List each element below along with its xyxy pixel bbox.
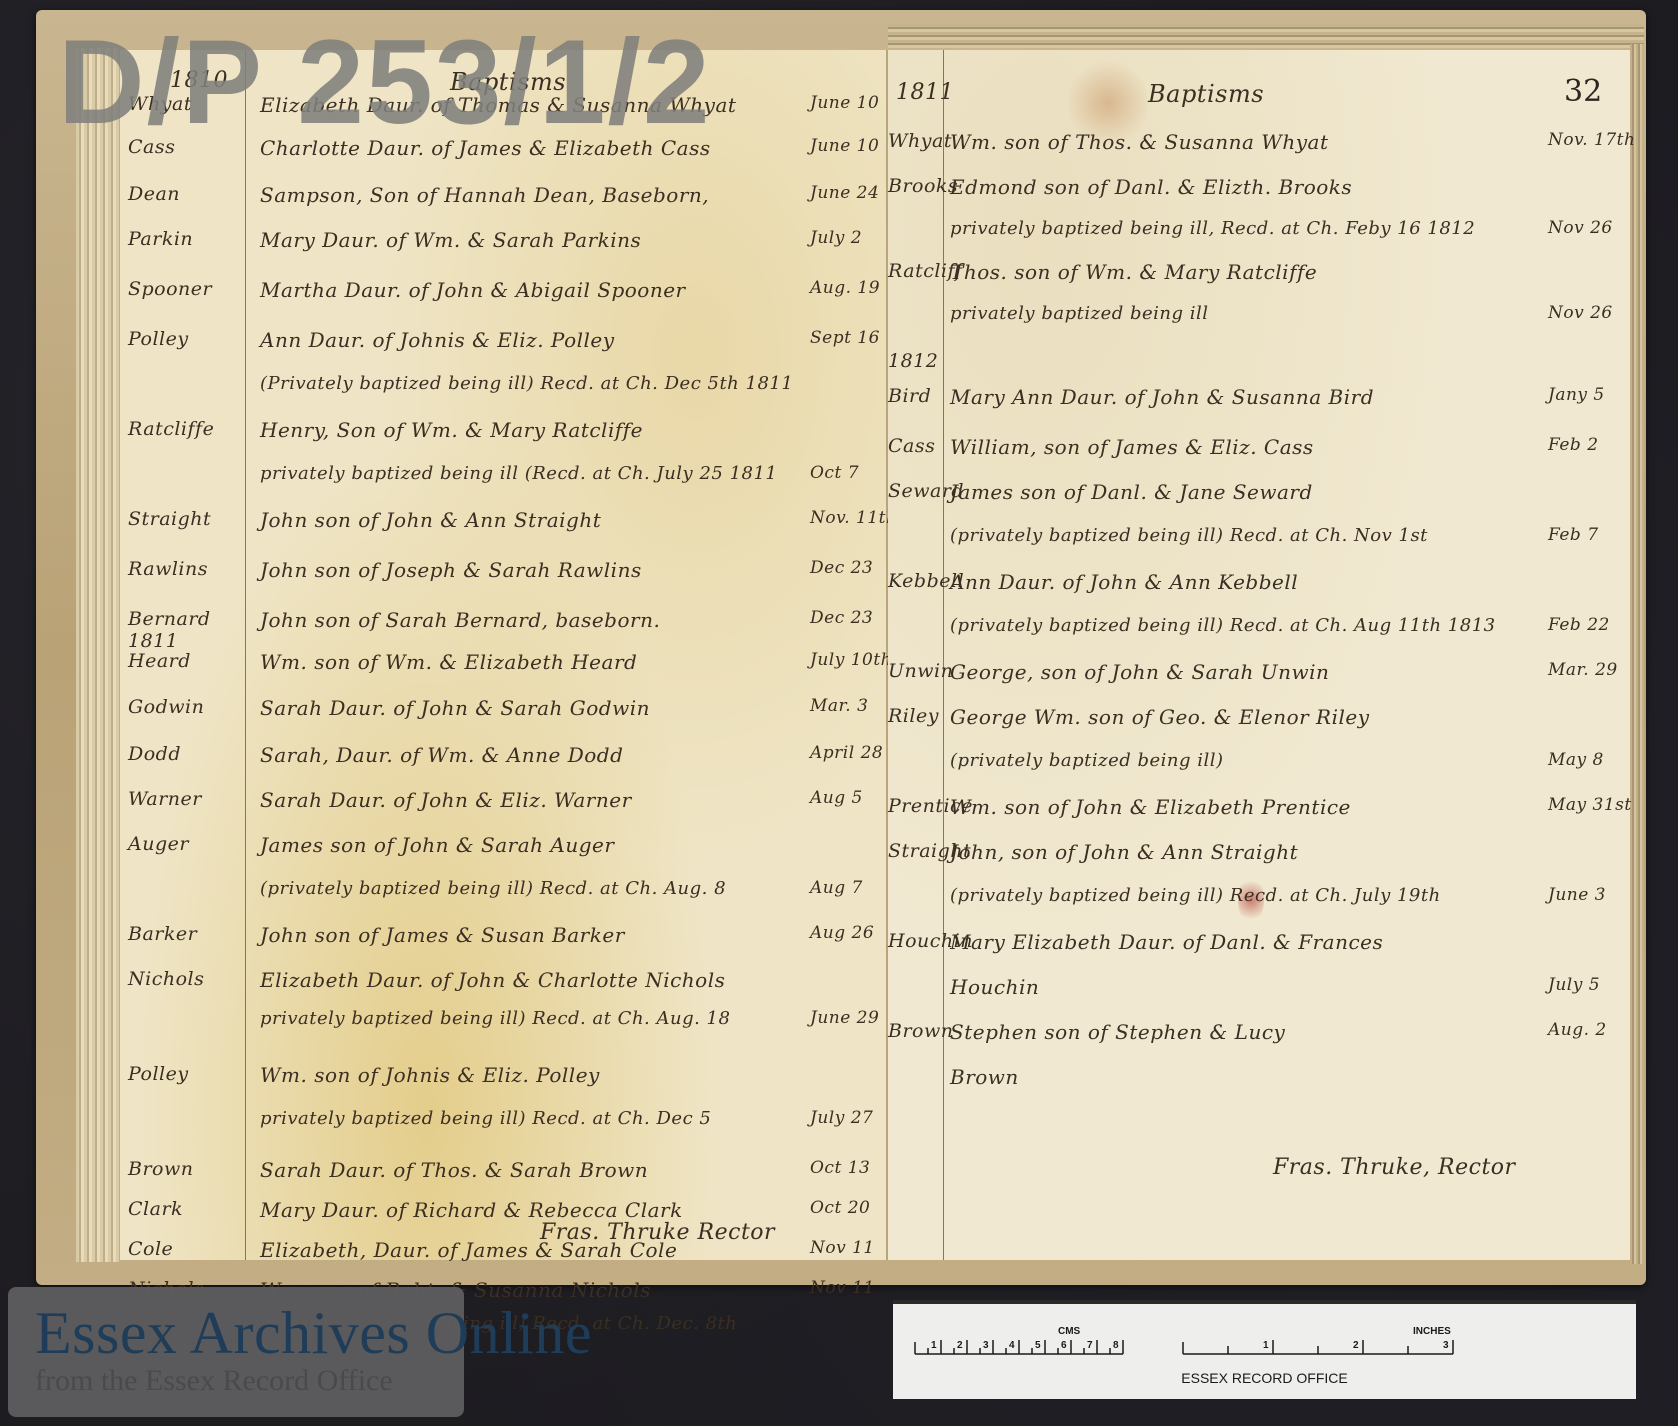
entry-text: Wm. son of Thos. & Susanna Whyat [950,130,1329,154]
cms-label: CMS [1058,1326,1080,1337]
entry-surname: Barker [128,923,197,945]
entry-note: privately baptized being ill) Recd. at C… [260,1108,711,1129]
page-edges-right [1630,44,1644,1264]
cm-tick-label: 5 [1035,1340,1041,1351]
logo-subtitle: from the Essex Record Office [35,1364,393,1398]
folio-number: 32 [1564,74,1602,109]
entry-text: Sarah Daur. of John & Eliz. Warner [260,788,632,812]
entry-surname: Dean [128,183,180,205]
entry-date: Oct 20 [810,1198,870,1218]
entry-date: July 27 [810,1108,873,1128]
page-edges-top [888,24,1644,48]
entry-text: Sarah Daur. of Thos. & Sarah Brown [260,1158,648,1182]
ruler-caption: ESSEX RECORD OFFICE [893,1370,1636,1386]
entry-note: (Privately baptized being ill) Recd. at … [260,373,793,394]
entry-surname: Clark [128,1198,183,1220]
reference-watermark: D/P 253/1/2 [58,22,712,142]
entry-text: George, son of John & Sarah Unwin [950,660,1329,684]
entry-date: Nov 26 [1548,218,1613,238]
cm-tick-label: 4 [1009,1340,1015,1351]
entry-text: Mary Elizabeth Daur. of Danl. & Frances [950,930,1383,954]
entry-surname: Polley [128,328,189,350]
entry-surname: Bird [888,385,931,407]
entry-surname: Polley [128,1063,189,1085]
entry-note: privately baptized being ill (Recd. at C… [260,463,777,484]
entry-note: privately baptized being ill [950,303,1209,324]
entry-surname: Auger [128,833,189,855]
entry-date: June 24 [810,183,879,203]
entry-text: Henry, Son of Wm. & Mary Ratcliffe [260,418,643,442]
entry-date: May 8 [1548,750,1604,770]
left-page: 1810 Baptisms WhyatElizabeth Daur. of Th… [120,50,888,1260]
entry-surname: Riley [888,705,939,727]
entry-surname: Brooks [888,175,958,197]
entry-date: July 2 [810,228,862,248]
entry-date: May 31st [1548,795,1632,815]
page-year: 1811 [896,80,954,105]
margin-rule [245,50,246,1260]
inch-tick-label: 1 [1263,1340,1269,1351]
entry-surname: Brown [128,1158,193,1180]
entry-surname: Cole [128,1238,173,1260]
scale-ruler: CMS INCHES 12345678123 ESSEX RECORD OFFI… [893,1300,1636,1399]
entry-date: July 10th [810,650,892,670]
entry-date: Nov 11 [810,1278,875,1298]
entry-date: Feb 7 [1548,525,1599,545]
entry-note: privately baptized being ill, Recd. at C… [950,218,1475,239]
entry-text: John son of James & Susan Barker [260,923,625,947]
entry-date: Nov 26 [1548,303,1613,323]
entry-text: Mary Ann Daur. of John & Susanna Bird [950,385,1374,409]
entry-date: Dec 23 [810,608,873,628]
entry-date: Feb 2 [1548,435,1599,455]
entry-text: Sampson, Son of Hannah Dean, Baseborn, [260,183,709,207]
archive-logo: Essex Archives Online from the Essex Rec… [8,1287,464,1417]
entry-note: (privately baptized being ill) Recd. at … [950,885,1441,906]
entry-note: (privately baptized being ill) Recd. at … [260,878,726,899]
entry-date: July 5 [1548,975,1600,995]
entry-date: Jany 5 [1548,385,1605,405]
entry-text: Ann Daur. of John & Ann Kebbell [950,570,1298,594]
entry-surname: Straight [128,508,211,530]
entry-date: Dec 23 [810,558,873,578]
entry-date: Nov. 11th [810,508,897,528]
entry-text: Edmond son of Danl. & Elizth. Brooks [950,175,1352,199]
entry-date: Mar. 3 [810,696,868,716]
entry-text: James son of John & Sarah Auger [260,833,614,857]
parish-register-book: 1810 Baptisms WhyatElizabeth Daur. of Th… [36,10,1646,1285]
entry-surname: Warner [128,788,202,810]
entry-surname: Rawlins [128,558,208,580]
cm-tick-label: 3 [983,1340,989,1351]
inch-tick-label: 2 [1353,1340,1359,1351]
right-page: 1811 Baptisms 32 WhyatWm. son of Thos. &… [888,50,1630,1260]
entry-text: Wm. son of John & Elizabeth Prentice [950,795,1351,819]
entry-text: Mary Daur. of Richard & Rebecca Clark [260,1198,683,1222]
entry-note: (privately baptized being ill) Recd. at … [950,615,1496,636]
entry-date: June 10 [810,136,879,156]
logo-title: Essex Archives Online [35,1299,592,1368]
rector-signature: Fras. Thruke Rector [540,1220,775,1245]
entry-date: Feb 22 [1548,615,1610,635]
cm-tick-label: 6 [1061,1340,1067,1351]
entry-surname: 1812 [888,350,938,372]
entry-date: Aug 26 [810,923,874,943]
cm-tick-label: 2 [957,1340,963,1351]
entry-date: Aug. 2 [1548,1020,1607,1040]
entry-date: Sept 16 [810,328,880,348]
entry-note: (privately baptized being ill) [950,750,1224,771]
entry-text: Mary Daur. of Wm. & Sarah Parkins [260,228,641,252]
entry-surname: Nichols [128,968,204,990]
entry-surname: Godwin [128,696,204,718]
entry-surname: Dodd [128,743,181,765]
entry-date: Oct 13 [810,1158,870,1178]
entry-surname: Unwin [888,660,953,682]
entry-date: June 29 [810,1008,879,1028]
entry-date: Aug 7 [810,878,863,898]
entry-surname: Bernard [128,608,211,630]
entry-text: Wm. son of Wm. & Elizabeth Heard [260,650,637,674]
entry-text: Houchin [950,975,1039,999]
entry-text: John son of Joseph & Sarah Rawlins [260,558,642,582]
entry-date: Nov. 17th [1548,130,1635,150]
entry-date: June 10 [810,93,879,113]
entry-text: Sarah Daur. of John & Sarah Godwin [260,696,650,720]
entry-text: Martha Daur. of John & Abigail Spooner [260,278,686,302]
margin-rule [943,50,944,1260]
entry-note: privately baptized being ill) Recd. at C… [260,1008,730,1029]
entry-date: June 3 [1548,885,1606,905]
entry-surname: Spooner [128,278,212,300]
entry-year-note: 1811 [128,630,178,652]
entry-surname: Whyat [888,130,952,152]
entry-date: Oct 7 [810,463,859,483]
entry-surname: Parkin [128,228,193,250]
entry-text: James son of Danl. & Jane Seward [950,480,1313,504]
entry-text: John, son of John & Ann Straight [950,840,1298,864]
entry-surname: Cass [888,435,935,457]
entry-surname: Ratcliffe [128,418,214,440]
entry-text: Ann Daur. of Johnis & Eliz. Polley [260,328,615,352]
entry-date: Nov 11 [810,1238,875,1258]
entry-text: John son of John & Ann Straight [260,508,601,532]
cm-tick-label: 1 [931,1340,937,1351]
entry-surname: Heard [128,650,191,672]
entry-text: George Wm. son of Geo. & Elenor Riley [950,705,1370,729]
entry-text: Stephen son of Stephen & Lucy [950,1020,1285,1044]
entry-date: Aug. 19 [810,278,880,298]
entry-date: Mar. 29 [1548,660,1618,680]
inch-tick-label: 3 [1443,1340,1449,1351]
entry-date: April 28 [810,743,883,763]
rector-signature: Fras. Thruke, Rector [1273,1155,1516,1180]
entry-text: Sarah, Daur. of Wm. & Anne Dodd [260,743,623,767]
inches-label: INCHES [1413,1326,1451,1337]
page-heading: Baptisms [1148,80,1264,108]
entry-text: Elizabeth Daur. of John & Charlotte Nich… [260,968,725,992]
entry-text: John son of Sarah Bernard, baseborn. [260,608,660,632]
entry-surname: Brown [888,1020,953,1042]
page-edges-left [76,48,120,1262]
entry-text: Wm. son of Johnis & Eliz. Polley [260,1063,600,1087]
entry-text: Thos. son of Wm. & Mary Ratcliffe [950,260,1317,284]
cm-tick-label: 7 [1087,1340,1093,1351]
entry-text: William, son of James & Eliz. Cass [950,435,1314,459]
entry-date: Aug 5 [810,788,863,808]
entry-text: Brown [950,1065,1019,1089]
cm-tick-label: 8 [1113,1340,1119,1351]
entry-note: (privately baptized being ill) Recd. at … [950,525,1428,546]
